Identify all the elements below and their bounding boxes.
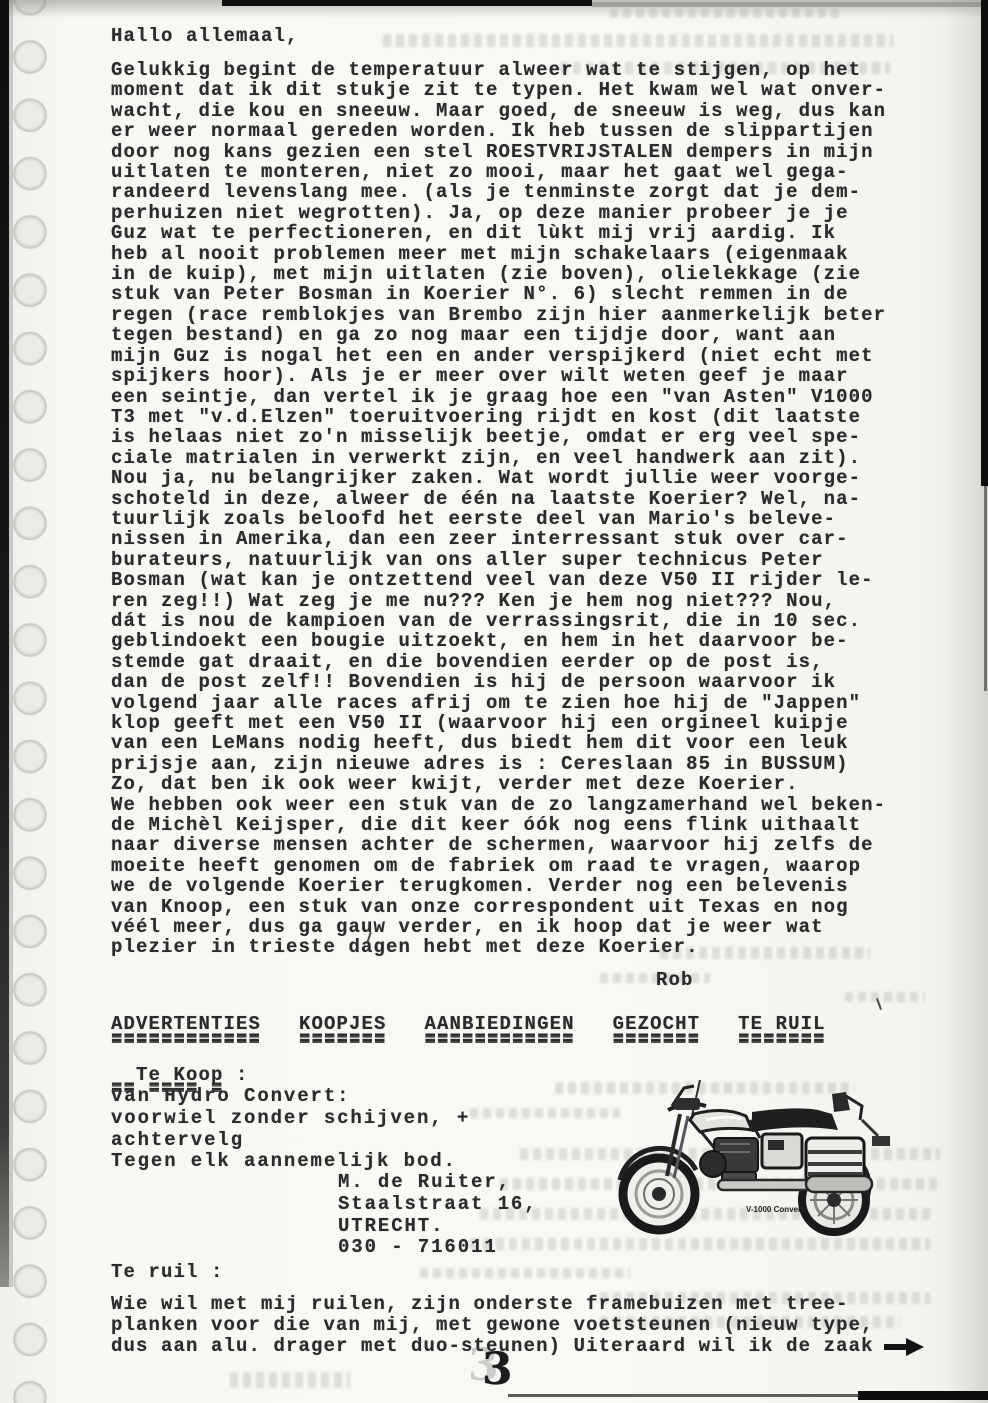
front-wheel	[623, 1158, 695, 1230]
te-ruil-title: Te ruil :	[111, 1262, 224, 1282]
arrow-head	[906, 1338, 924, 1356]
bleedthrough-smudge	[383, 34, 893, 47]
page: { "theme": { "ink": "#2b2b2b", "paper": …	[0, 0, 988, 1403]
bleedthrough-smudge	[470, 1108, 620, 1118]
scan-edge-bottom	[508, 1394, 874, 1397]
motorcycle-illustration: V-1000 Convert	[610, 1076, 910, 1261]
scan-edge-right-lower	[984, 486, 987, 691]
bleedthrough-smudge	[230, 1372, 350, 1388]
greeting: Hallo allemaal,	[111, 26, 299, 46]
motorcycle-caption: V-1000 Convert	[746, 1205, 804, 1214]
continuation-arrow-icon	[884, 1338, 926, 1356]
header-underline: ============	[425, 1031, 575, 1048]
header-item-advertenties: ADVERTENTIES============	[111, 1016, 261, 1048]
header-underline: =======	[613, 1031, 701, 1048]
page-number: 3	[482, 1344, 513, 1395]
motorcycle-image: V-1000 Convert	[610, 1076, 910, 1261]
scan-edge-bottom-right	[858, 1391, 988, 1400]
scan-edge-top	[222, 0, 592, 6]
bleedthrough-smudge	[845, 992, 925, 1002]
header-underline: =======	[299, 1031, 387, 1048]
scan-edge-top-right	[592, 2, 988, 7]
header-underline: =======	[738, 1031, 826, 1048]
signature: Rob	[656, 970, 694, 990]
scan-noise-mark	[876, 998, 882, 1010]
header-item-aanbiedingen: AANBIEDINGEN============	[425, 1016, 575, 1048]
classifieds-header: ADVERTENTIES============ KOOPJES======= …	[111, 1016, 826, 1048]
scan-edge-right	[981, 0, 988, 486]
scan-edge-left	[0, 0, 9, 1287]
arrow-tail	[884, 1344, 908, 1350]
scan-edge-left-soft	[9, 0, 13, 1287]
editorial-text: Gelukkig begint de temperatuur alweer wa…	[111, 60, 886, 958]
header-item-koopjes: KOOPJES=======	[299, 1016, 387, 1048]
te-koop-ad-text: van Hydro Convert: voorwiel zonder schij…	[111, 1086, 470, 1173]
te-koop-contact: M. de Ruiter, Staalstraat 16, UTRECHT. 0…	[338, 1172, 538, 1259]
header-underline: ============	[111, 1031, 261, 1048]
bleedthrough-smudge	[420, 1268, 630, 1278]
header-item-te-ruil: TE RUIL=======	[738, 1016, 826, 1048]
header-item-gezocht: GEZOCHT=======	[613, 1016, 701, 1048]
